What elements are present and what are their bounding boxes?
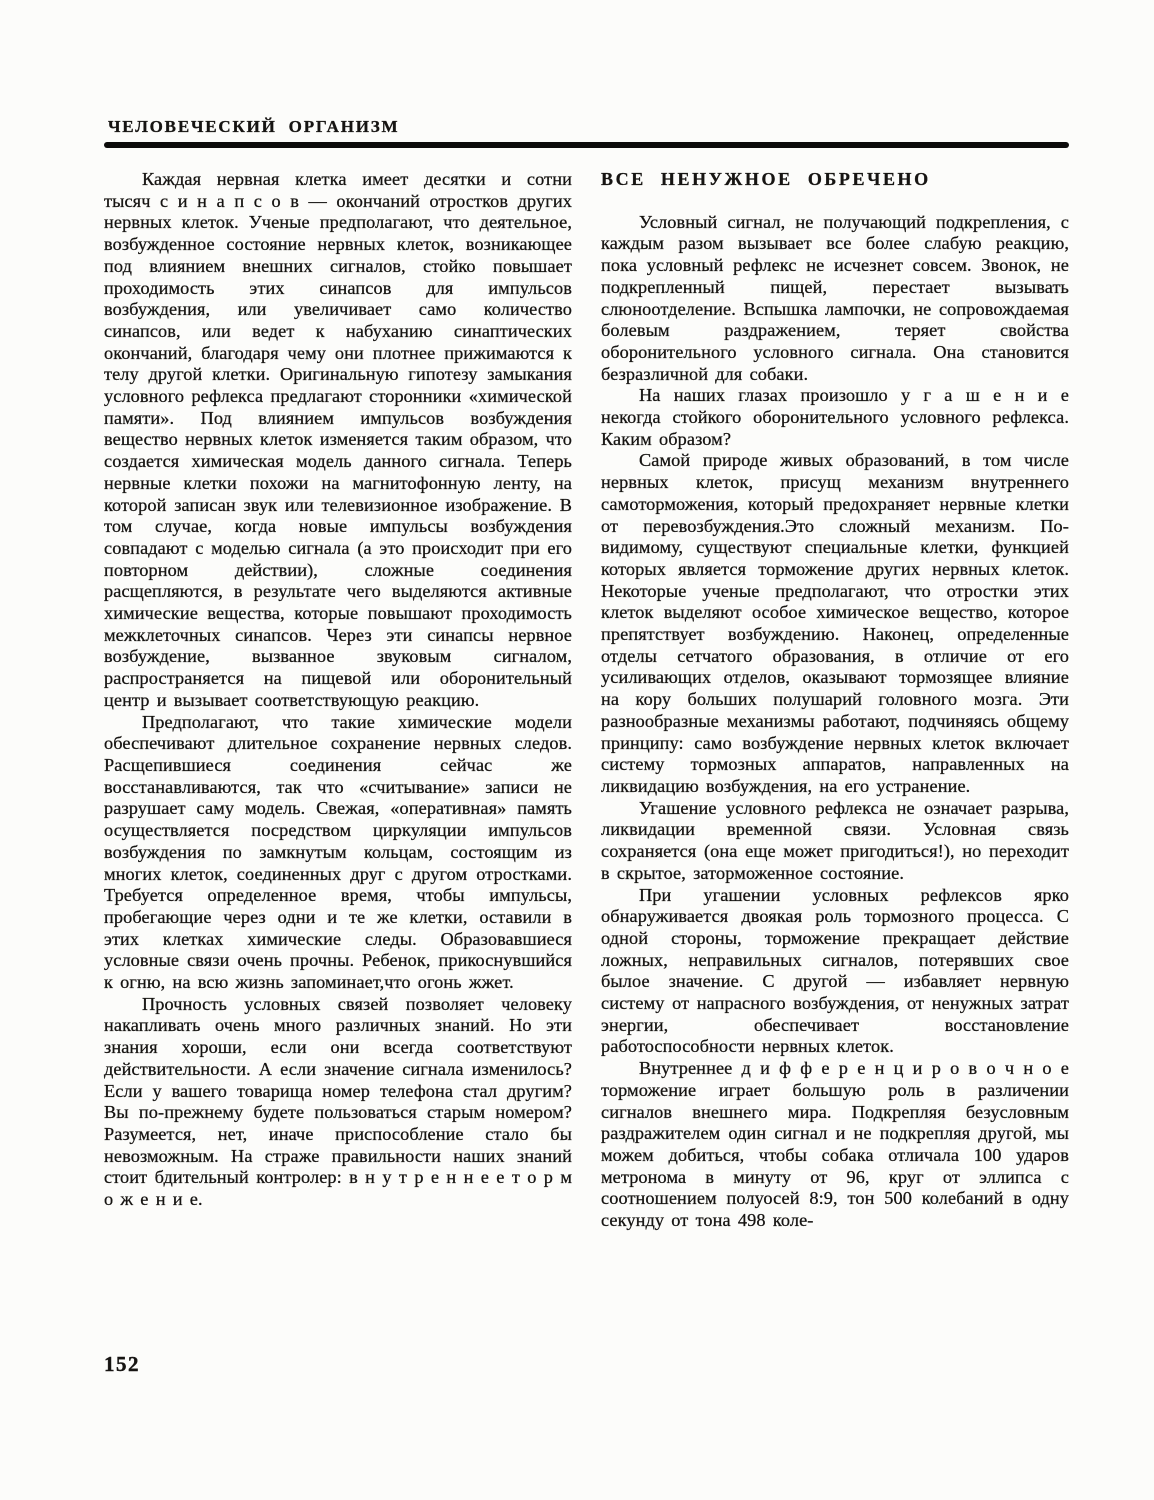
paragraph: Самой природе живых образований, в том ч… <box>601 450 1069 797</box>
header-rule <box>104 142 1069 148</box>
paragraph: При угашении условных рефлексов ярко обн… <box>601 885 1069 1059</box>
paragraph: На наших глазах произошло у г а ш е н и … <box>601 385 1069 450</box>
paragraph: Внутреннее д и ф ф е р е н ц и р о в о ч… <box>601 1058 1069 1232</box>
section-heading: ВСЕ НЕНУЖНОЕ ОБРЕЧЕНО <box>601 169 1069 191</box>
left-column: Каждая нервная клетка имеет десятки и со… <box>104 169 572 1232</box>
text-columns: Каждая нервная клетка имеет десятки и со… <box>104 169 1069 1232</box>
paragraph: Условный сигнал, не получающий подкрепле… <box>601 212 1069 386</box>
running-header: ЧЕЛОВЕЧЕСКИЙ ОРГАНИЗМ <box>108 117 399 137</box>
paragraph: Угашение условного рефлекса не означает … <box>601 798 1069 885</box>
paragraph: Предполагают, что такие химические модел… <box>104 712 572 994</box>
page-number: 152 <box>104 1352 140 1377</box>
paragraph: Прочность условных связей позволяет чело… <box>104 994 572 1211</box>
right-column: ВСЕ НЕНУЖНОЕ ОБРЕЧЕНО Условный сигнал, н… <box>601 169 1069 1232</box>
paragraph: Каждая нервная клетка имеет десятки и со… <box>104 169 572 712</box>
